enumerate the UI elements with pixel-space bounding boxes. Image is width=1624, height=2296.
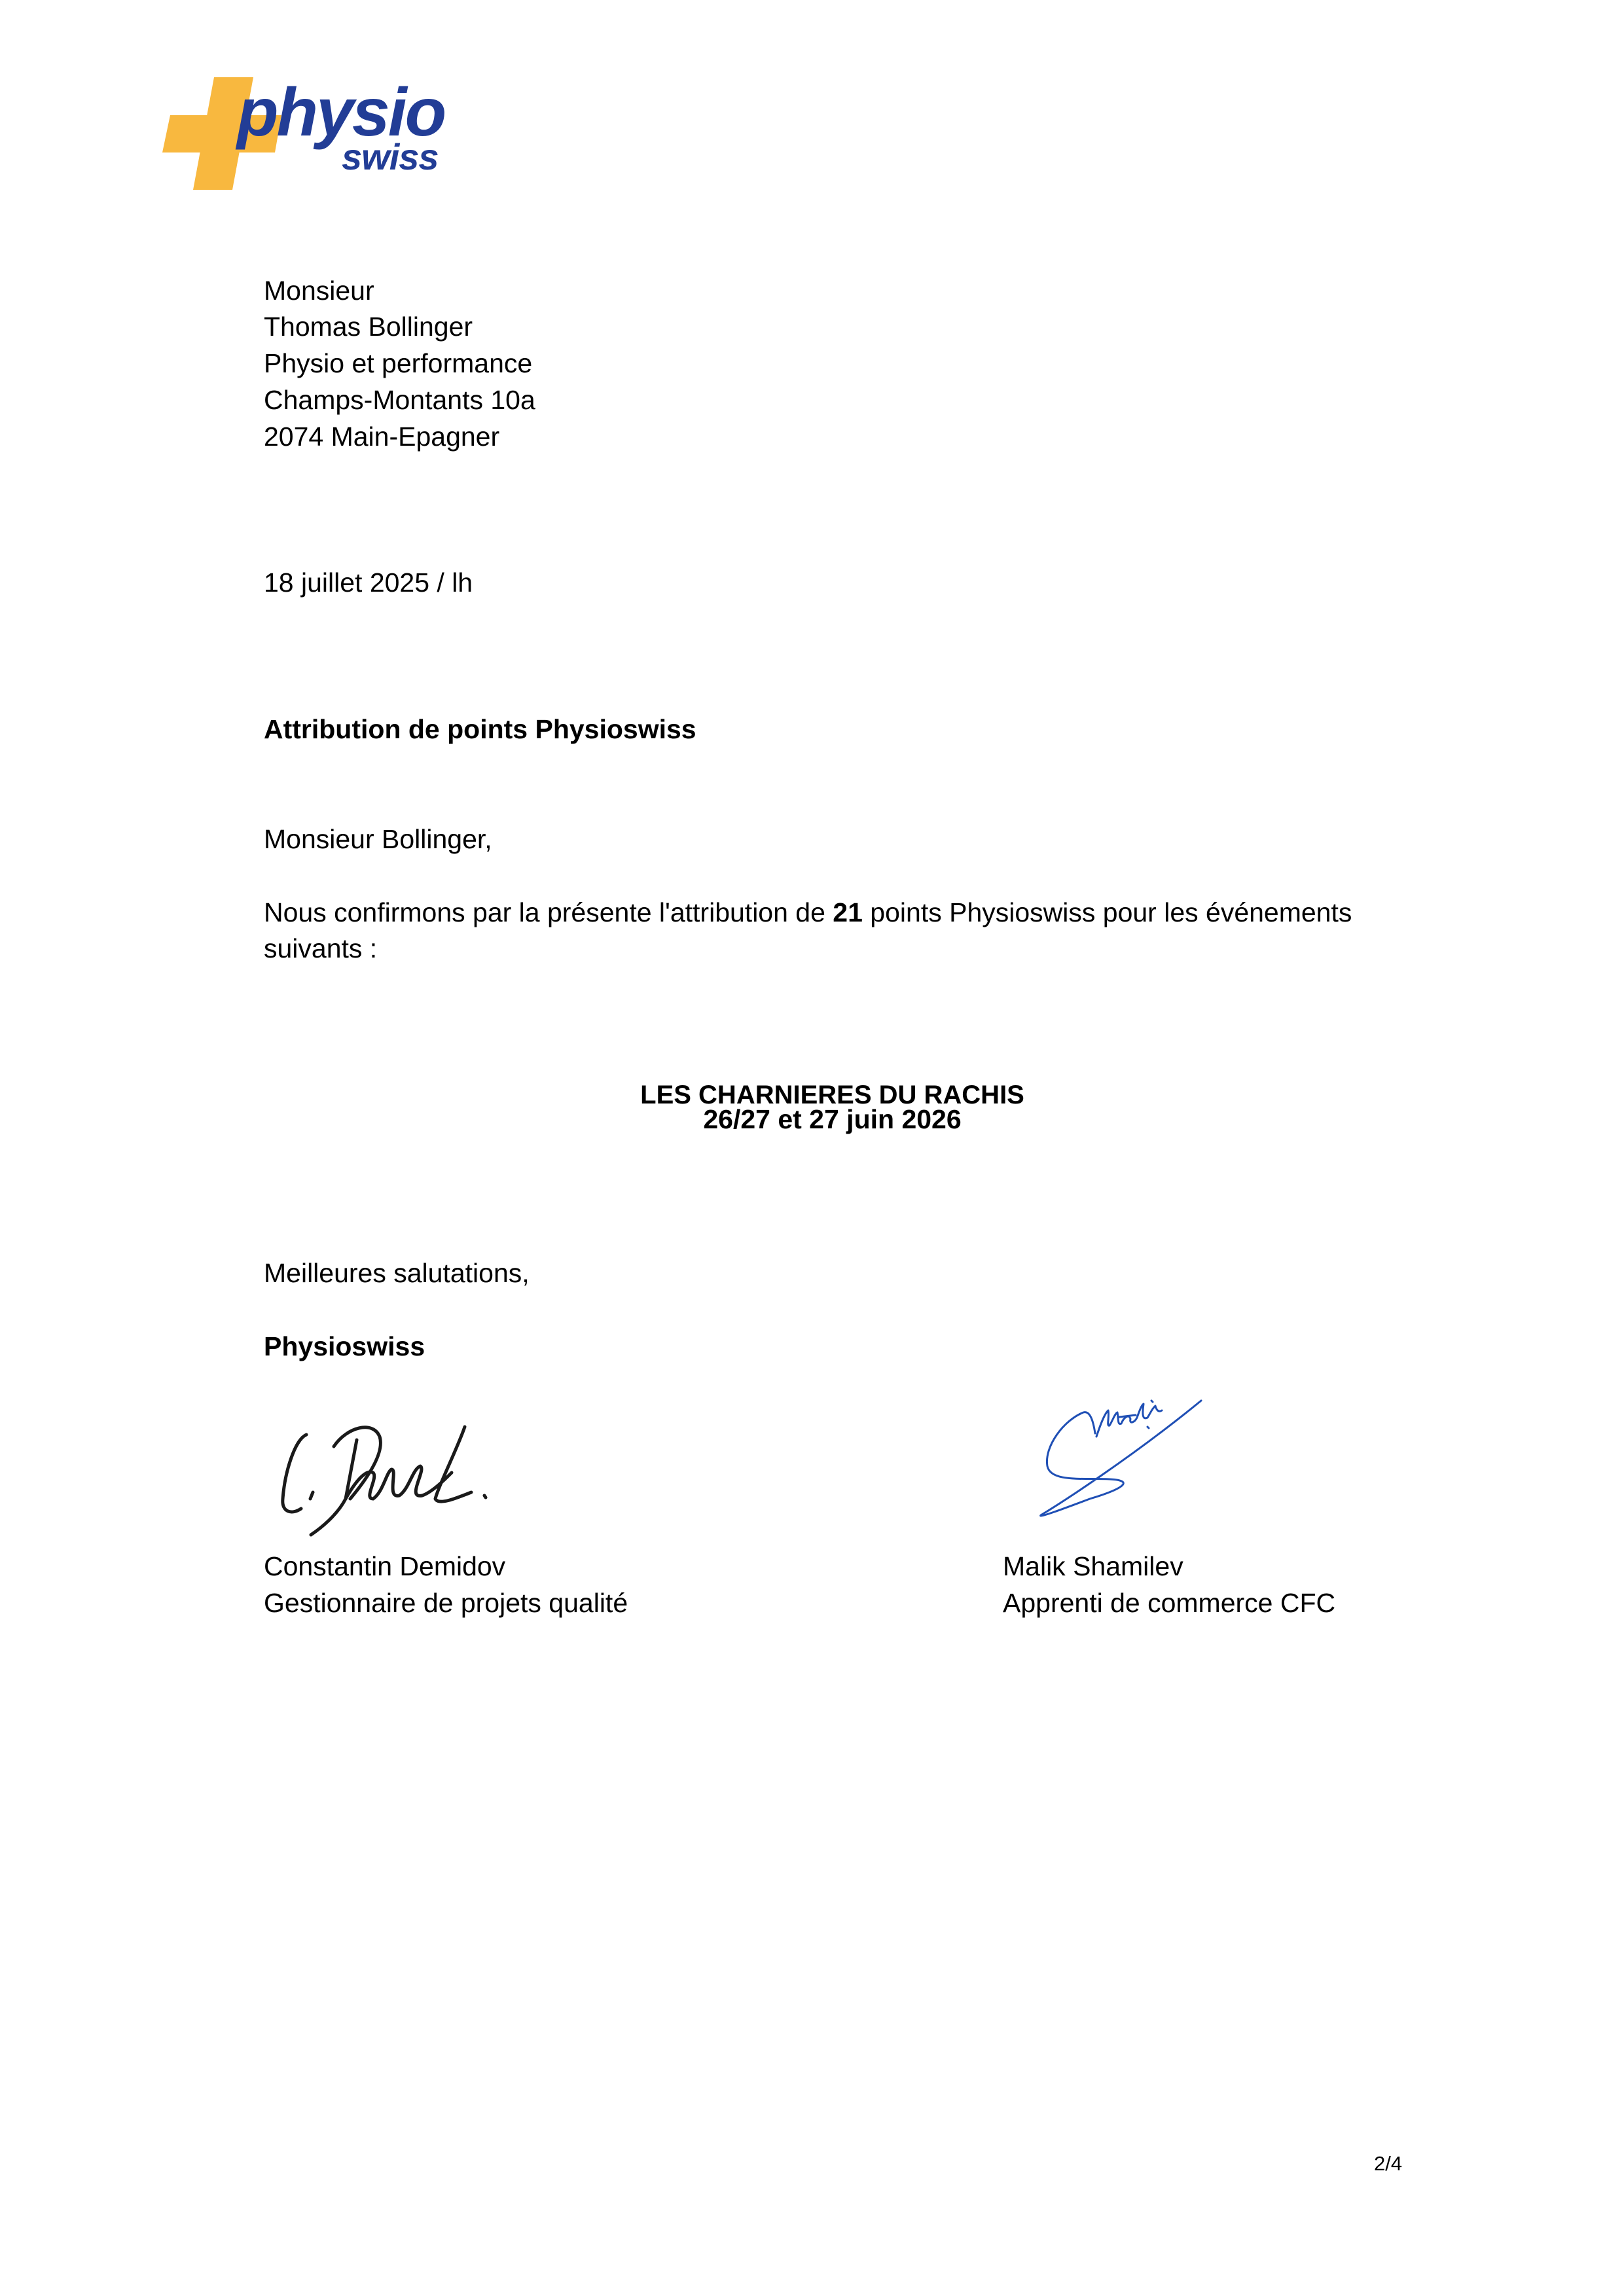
recipient-city: 2074 Main-Epagner bbox=[264, 423, 499, 450]
recipient-name: Thomas Bollinger bbox=[264, 314, 473, 340]
closing-formula: Meilleures salutations, bbox=[264, 1260, 530, 1287]
body-text: points Physioswiss pour les événements bbox=[863, 897, 1352, 927]
signatory-role: Gestionnaire de projets qualité bbox=[264, 1590, 628, 1617]
letter-date: 18 juillet 2025 / lh bbox=[264, 569, 473, 596]
event-dates: 26/27 et 27 juin 2026 bbox=[264, 1106, 1401, 1133]
sender-organization: Physioswiss bbox=[264, 1333, 425, 1360]
body-text: Nous confirmons par la présente l'attrib… bbox=[264, 897, 833, 927]
signatory-name: Constantin Demidov bbox=[264, 1553, 505, 1580]
recipient-street: Champs-Montants 10a bbox=[264, 387, 535, 414]
signatory-name: Malik Shamilev bbox=[1003, 1553, 1183, 1580]
physioswiss-logo: physio swiss bbox=[0, 0, 471, 209]
recipient-company: Physio et performance bbox=[264, 350, 532, 377]
signature-demidov-icon bbox=[275, 1401, 511, 1538]
signatory-role: Apprenti de commerce CFC bbox=[1003, 1590, 1335, 1617]
body-paragraph-line-1: Nous confirmons par la présente l'attrib… bbox=[264, 899, 1352, 926]
signature-shamilev-icon bbox=[1031, 1374, 1227, 1525]
body-paragraph-line-2: suivants : bbox=[264, 935, 377, 962]
logo-wordmark-swiss: swiss bbox=[342, 139, 439, 175]
points-count: 21 bbox=[833, 897, 863, 927]
page-number: 2/4 bbox=[1374, 2153, 1402, 2174]
letter-greeting: Monsieur Bollinger, bbox=[264, 826, 492, 853]
letter-subject: Attribution de points Physioswiss bbox=[264, 716, 696, 743]
recipient-salutation: Monsieur bbox=[264, 278, 374, 304]
letter-page: physio swiss Monsieur Thomas Bollinger P… bbox=[0, 0, 1624, 2296]
